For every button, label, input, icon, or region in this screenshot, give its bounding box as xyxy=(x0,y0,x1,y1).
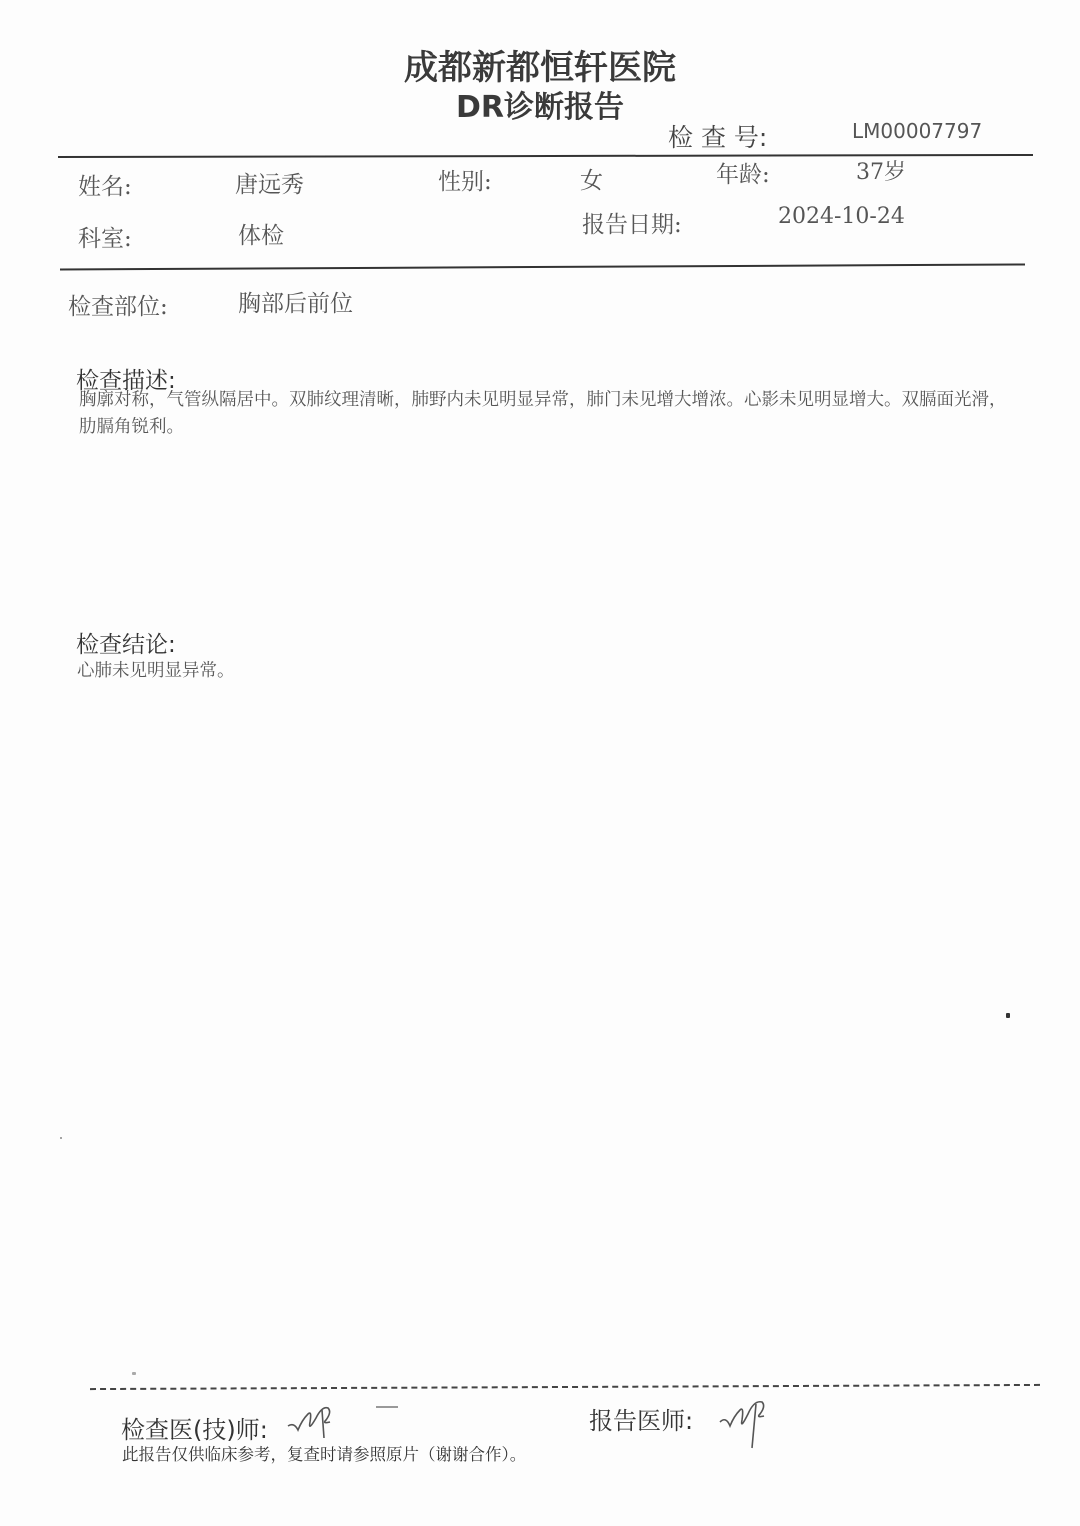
age-label: 年龄: xyxy=(716,156,770,189)
exam-number-label: 检 查 号: xyxy=(668,118,767,154)
footer-divider xyxy=(90,1384,1040,1390)
reporting-doctor-label: 报告医师: xyxy=(589,1401,693,1436)
body-part-value: 胸部后前位 xyxy=(238,285,353,318)
patient-info-divider xyxy=(60,263,1025,270)
conclusion-heading: 检查结论: xyxy=(76,626,176,659)
name-value: 唐远秀 xyxy=(235,166,304,199)
conclusion-text: 心肺未见明显异常。 xyxy=(77,658,235,685)
gender-label: 性别: xyxy=(438,163,492,196)
scan-speck xyxy=(60,1137,62,1139)
scan-mark xyxy=(376,1406,398,1408)
report-date-label: 报告日期: xyxy=(582,206,682,239)
report-date-value: 2024-10-24 xyxy=(778,204,905,229)
technician-signature-icon xyxy=(286,1400,346,1440)
description-text: 胸廓对称，气管纵隔居中。双肺纹理清晰，肺野内未见明显异常，肺门未见增大增浓。心影… xyxy=(79,387,1019,441)
age-value: 37岁 xyxy=(856,155,906,186)
name-label: 姓名: xyxy=(78,168,132,201)
reporting-doctor-signature-icon xyxy=(716,1392,776,1450)
disclaimer-text: 此报告仅供临床参考，复查时请参照原片（谢谢合作）。 xyxy=(122,1441,526,1465)
department-label: 科室: xyxy=(78,220,132,253)
body-part-label: 检查部位: xyxy=(68,288,168,321)
scan-speck xyxy=(132,1372,136,1375)
gender-value: 女 xyxy=(580,162,603,195)
department-value: 体检 xyxy=(238,217,284,250)
exam-number-value: LM00007797 xyxy=(852,119,982,143)
scan-speck xyxy=(1006,1013,1010,1018)
technician-label: 检查医(技)师: xyxy=(121,1410,268,1445)
